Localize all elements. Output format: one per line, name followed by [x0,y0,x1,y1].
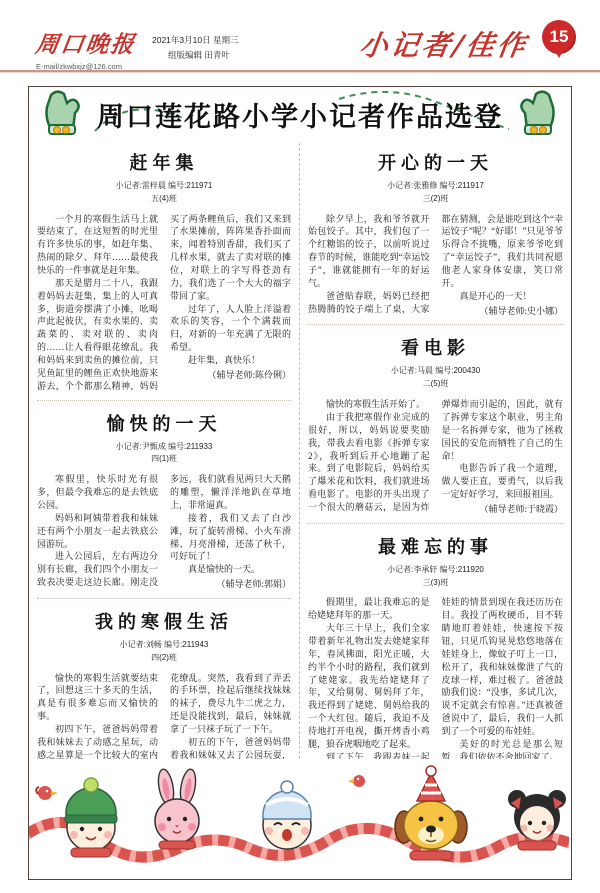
page-number: 15 [550,27,569,47]
issue-info: 2021年3月10日 星期三 组版编辑 田青叶 [152,33,238,64]
article-body: 愉快的寒假生活就要结束了，回想这三十多天的生活，真是有很多难忘而又愉快的事。 初… [37,672,291,759]
byline-class: 二(5)班 [308,378,563,391]
byline-reporter: 小记者:马晨 编号:200430 [308,365,563,378]
masthead: 周口晚报 E-mail/zkwbxjz@126.com 2021年3月10日 星… [0,0,600,86]
article-zuiNanWangDeShi: 最难忘的事 小记者:李承轩 编号:211920 三(3)班 假期里，最让我难忘的… [308,523,563,759]
mitten-left-icon [37,89,91,139]
article-body: 假期里，最让我难忘的是给姥姥拜年的那一天。 大年三十早上，我们全家带着新年礼物出… [308,596,563,759]
paragraph: 愉快的寒假生活就要结束了，回想这三十多天的生活，真是有很多难忘而又愉快的事。 [37,672,158,723]
bunny-illustration [155,768,199,849]
paragraph: 寒假里，快乐时光有很多，但最令我难忘的是去铁底公园。 [37,473,158,512]
byline-reporter: 小记者:雷梓晨 编号:211971 [37,180,291,193]
paragraph: 一个月的寒假生活马上就要结束了，在这短暂的时光里有许多快乐的事，如赶年集、热闹的… [37,213,158,277]
article-byline: 小记者:李承轩 编号:211920 三(3)班 [308,564,563,590]
paragraph: 真是开心的一天！ [442,290,564,303]
article-woDeHanJiaShengHuo: 我的寒假生活 小记者:刘畅 编号:211943 四(2)班 愉快的寒假生活就要结… [37,598,291,759]
newspaper-name: 周口晚报 [34,26,139,59]
byline-class: 五(4)班 [37,193,291,206]
paragraph: 初五的下午，爸爸妈妈带着我和妹妹又去了公园玩耍，公园里有秋千、白沙滩、滑滑梯和跷… [170,736,291,759]
article-ganNianJi: 赶年集 小记者:雷梓晨 编号:211971 五(4)班 一个月的寒假生活马上就要… [37,149,291,393]
article-body: 除夕早上，我和爷爷就开始包饺子。其中，我们包了一个红糖馅的饺子，以前听说过春节的… [308,213,563,318]
article-title: 愉快的一天 [37,410,291,436]
banner-title: 周口莲花路小学小记者作品选登 [97,95,503,134]
article-body: 愉快的寒假生活开始了。 由于我把寒假作业完成的很好，所以，妈妈说要奖励我，带我去… [308,398,563,516]
article-byline: 小记者:雷梓晨 编号:211971 五(4)班 [37,180,291,206]
paragraph: 美好的时光总是那么短暂，我们依依不舍地回家了。 [442,738,564,759]
article-yuKuaiDeYiTian: 愉快的一天 小记者:尹甄成 编号:211933 四(1)班 寒假里，快乐时光有很… [37,400,291,591]
issue-editor: 组版编辑 田青叶 [152,48,238,63]
article-title: 开心的一天 [308,149,563,175]
byline-reporter: 小记者:刘畅 编号:211943 [37,639,291,652]
baby-striped-cap-illustration [263,781,311,849]
article-kaiXinDeYiTian: 开心的一天 小记者:张雅修 编号:211917 三(2)班 除夕早上，我和爷爷就… [308,149,563,317]
article-kanDianYing: 看电影 小记者:马晨 编号:200430 二(5)班 愉快的寒假生活开始了。 由… [308,324,563,515]
red-bird-icon [348,775,365,787]
article-byline: 小记者:尹甄成 编号:211933 四(1)班 [37,441,291,467]
paragraph: 大年三十早上，我们全家带着新年礼物出发去姥姥家拜年，春风拂面，阳光正暖，大约半个… [308,622,430,751]
header-rule [0,70,600,73]
articles-area: 赶年集 小记者:雷梓晨 编号:211971 五(4)班 一个月的寒假生活马上就要… [29,143,571,759]
article-byline: 小记者:刘畅 编号:211943 四(2)班 [37,639,291,665]
byline-reporter: 小记者:张雅修 编号:211917 [308,180,563,193]
article-title: 最难忘的事 [308,533,563,559]
right-column: 开心的一天 小记者:张雅修 编号:211917 三(2)班 除夕早上，我和爷爷就… [300,143,571,759]
article-byline: 小记者:马晨 编号:200430 二(5)班 [308,365,563,391]
paragraph: 妈妈和阿姨带着我和妹妹还有两个小朋友一起去铁底公园游玩。 [37,512,158,551]
newspaper-page: 周口晚报 E-mail/zkwbxjz@126.com 2021年3月10日 星… [0,0,600,893]
paragraph: 赶年集，真快乐！ [170,354,291,367]
byline-reporter: 小记者:尹甄成 编号:211933 [37,441,291,454]
paragraph: 接着，我们又去了白沙滩，玩了旋转滑梯、小火车滑梯、月亮滑梯，还荡了秋千，可好玩了… [170,512,291,563]
article-title: 赶年集 [37,149,291,175]
mitten-right-icon [509,89,563,139]
article-byline: 小记者:张雅修 编号:211917 三(2)班 [308,180,563,206]
left-column: 赶年集 小记者:雷梓晨 编号:211971 五(4)班 一个月的寒假生活马上就要… [29,143,300,759]
article-title: 我的寒假生活 [37,608,291,634]
paragraph: 电影告诉了我一个道理，做人要正直，要勇气，以后我一定好好学习，来回报祖国。 [442,462,564,501]
paragraph: 除夕早上，我和爷爷就开始包饺子。其中，我们包了一个红糖馅的饺子，以前听说过春节的… [308,213,430,290]
paragraph: 过年了，人人脸上洋溢着欢乐的笑容，一个个满载而归，对新的一年充满了无限的希望。 [170,303,291,354]
byline-class: 三(3)班 [308,577,563,590]
section-title: 小记者/佳作 [357,24,531,64]
byline-class: 四(1)班 [37,453,291,466]
paragraph: 假期里，最让我难忘的是给姥姥拜年的那一天。 [308,596,430,622]
bottom-illustration [29,759,571,879]
paragraph: 真是愉快的一天。 [170,563,291,576]
article-body: 一个月的寒假生活马上就要结束了，在这短暂的时光里有许多快乐的事，如赶年集、热闹的… [37,213,291,393]
brand-block: 周口晚报 E-mail/zkwbxjz@126.com [36,26,136,71]
scarf-friends-illustration [29,759,569,877]
article-title: 看电影 [308,334,563,360]
page-banner: 周口莲花路小学小记者作品选登 [29,87,571,141]
issue-date: 2021年3月10日 星期三 [152,33,238,48]
page-number-pin-icon: 15 [542,20,576,54]
instructor-note: （辅导老师:于晓霞） [442,503,564,516]
instructor-note: （辅导老师:史小娜） [442,305,564,318]
red-bird-icon [36,786,58,800]
article-body: 寒假里，快乐时光有很多，但最令我难忘的是去铁底公园。 妈妈和阿姨带着我和妹妹还有… [37,473,291,591]
byline-reporter: 小记者:李承轩 编号:211920 [308,564,563,577]
byline-class: 四(2)班 [37,652,291,665]
instructor-note: （辅导老师:郭娟） [170,578,291,591]
paragraph: 愉快的寒假生活开始了。 [308,398,430,411]
byline-class: 三(2)班 [308,193,563,206]
content-frame: 周口莲花路小学小记者作品选登 赶年集 小记者:雷梓晨 编号:211971 五(4… [28,86,572,880]
instructor-note: （辅导老师:陈伶俐） [170,369,291,382]
